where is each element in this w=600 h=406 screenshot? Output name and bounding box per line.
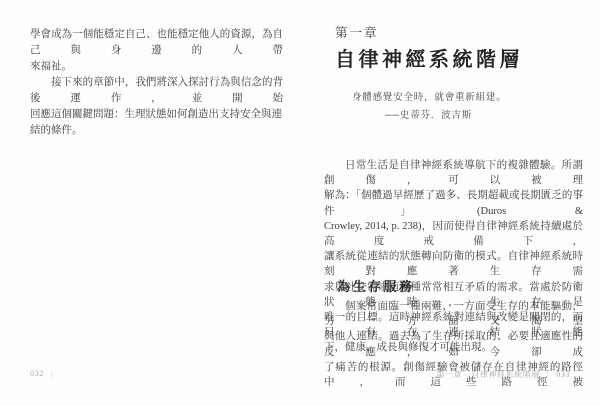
left-paragraph-line: 接下來的章節中，我們將深入探討行為與信念的背後運作，並開始 [30,75,283,107]
right-page-footer: 第一章自律神經系統階層|033 [436,369,570,380]
footer-divider: | [51,369,53,378]
right-page: 第一章 自律神經系統階層 身體感覺安全時，就會重新組建。 ──史蒂芬．波吉斯 日… [300,0,600,406]
section-heading: 為生存服務 [337,276,415,295]
left-page-number: 032 [30,369,44,378]
body-line: Crowley, 2014, p. 238)，因而使得自律神經系統持續處於高度戒… [324,219,583,249]
chapter-label: 第一章 [335,23,379,41]
left-paragraph-line: 回應這個關鍵問題：生理狀態如何創造出支持安全與連結的條件。 [30,107,283,139]
body-line: 解為：「個體過早經歷了過多、長期超載或長期匱乏的事件」(Duros & [324,188,583,218]
footer-chapter-label: 第一章 [436,370,462,379]
left-paragraph: 學會成為一個能穩定自己、也能穩定他人的資源，為自己與身邊的人帶 來福祉。 接下來… [30,27,283,139]
epigraph-attribution: ──史蒂芬．波吉斯 [352,107,472,121]
body-line: 與他人連結。過去為了生存所採取的、必要且適應性的反應，如今卻成 [324,329,583,359]
book-spread: 學會成為一個能穩定自己、也能穩定他人的資源，為自己與身邊的人帶 來福祉。 接下來… [0,0,600,406]
left-paragraph-line: 學會成為一個能穩定自己、也能穩定他人的資源，為自己與身邊的人帶 [30,27,283,59]
epigraph-quote: 身體感覺安全時，就會重新組建。 [352,89,507,103]
left-paragraph-line: 來福祉。 [30,59,283,75]
body-line: 日常生活是自律神經系統導航下的複雜體驗。所謂創傷，可以被理 [324,158,583,188]
left-page: 學會成為一個能穩定自己、也能穩定他人的資源，為自己與身邊的人帶 來福祉。 接下來… [0,0,300,406]
footer-chapter-title: 自律神經系統階層 [471,370,540,379]
body-line: 個案常面臨一種兩難，一方面受生存的本能驅動，另一方面又渴望 [324,299,583,329]
right-page-number: 033 [556,370,570,379]
footer-divider: | [547,370,549,379]
left-page-footer: 032| [30,369,60,378]
chapter-title: 自律神經系統階層 [335,43,523,72]
